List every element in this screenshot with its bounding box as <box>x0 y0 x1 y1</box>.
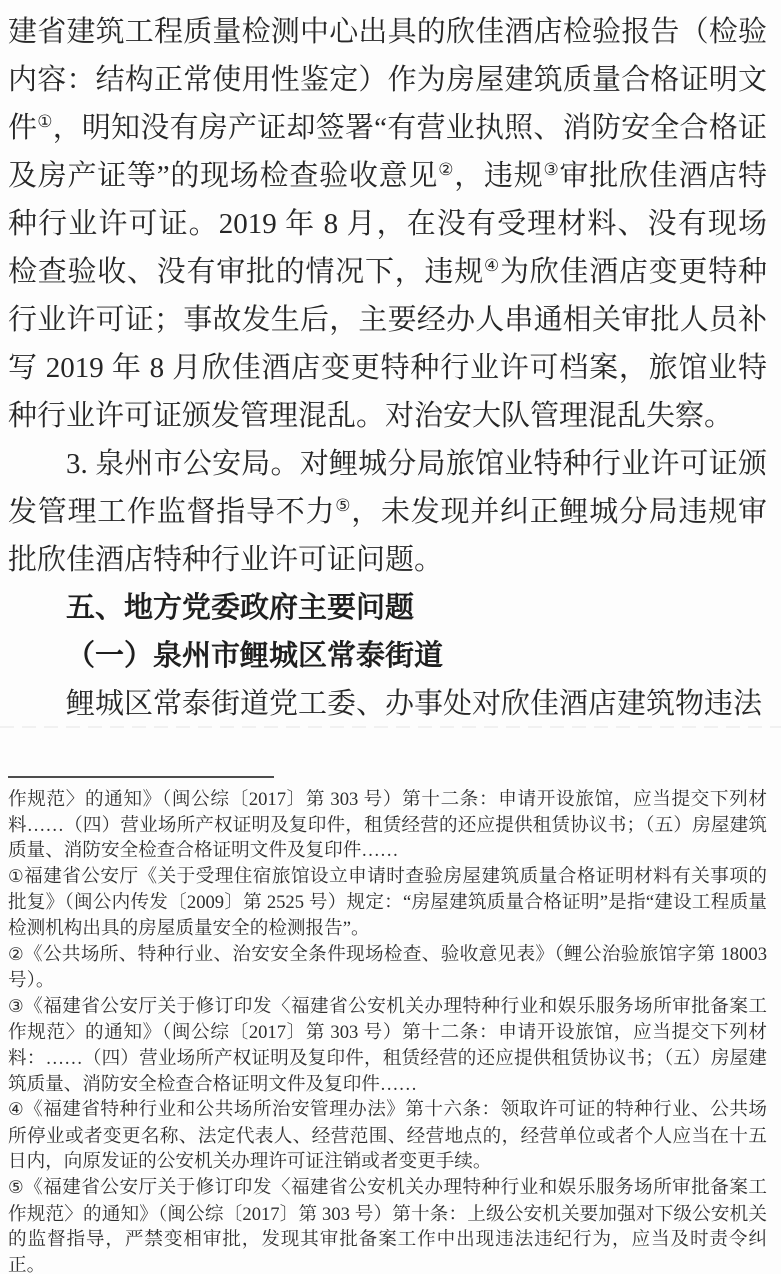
footnote-5: ⑤《福建省公安厅关于修订印发〈福建省公安机关办理特种行业和娱乐服务场所审批备案工… <box>8 1175 767 1274</box>
footnote-5-marker: ⑤ <box>8 1178 24 1198</box>
footnote-2-marker: ② <box>8 945 24 965</box>
section-heading-5: 五、地方党委政府主要问题 <box>8 584 767 632</box>
scan-artifact-line <box>0 726 781 728</box>
footnote-ref-3: ③ <box>543 160 559 180</box>
main-text-block: 建省建筑工程质量检测中心出具的欣佳酒店检验报告（检验内容：结构正常使用性鉴定）作… <box>8 8 767 728</box>
footnote-4: ④《福建省特种行业和公共场所治安管理办法》第十六条：领取许可证的特种行业、公共场… <box>8 1097 767 1175</box>
footnote-5-text: 《福建省公安厅关于修订印发〈福建省公安机关办理特种行业和娱乐服务场所审批备案工作… <box>8 1177 767 1274</box>
text-run: 五、地方党委政府主要问题 <box>66 592 414 624</box>
footnote-continuation-text: 作规范〉的通知》（闽公综〔2017〕第 303 号）第十二条：申请开设旅馆，应当… <box>8 789 767 861</box>
footnote-2: ②《公共场所、特种行业、治安安全条件现场检查、验收意见表》（鲤公治验旅馆字第 1… <box>8 942 767 994</box>
body-paragraph-last: 鲤城区常泰街道党工委、办事处对欣佳酒店建筑物违法 <box>8 680 767 728</box>
footnote-1: ①福建省公安厅《关于受理住宿旅馆设立申请时查验房屋建筑质量合格证明材料有关事项的… <box>8 864 767 942</box>
footnotes-block: 作规范〉的通知》（闽公综〔2017〕第 303 号）第十二条：申请开设旅馆，应当… <box>8 787 767 1274</box>
footnote-ref-5: ⑤ <box>335 496 351 516</box>
footnote-ref-4: ④ <box>484 256 500 276</box>
body-paragraph-continuation: 建省建筑工程质量检测中心出具的欣佳酒店检验报告（检验内容：结构正常使用性鉴定）作… <box>8 8 767 440</box>
footnote-1-text: 福建省公安厅《关于受理住宿旅馆设立申请时查验房屋建筑质量合格证明材料有关事项的批… <box>8 866 767 939</box>
footnote-continuation: 作规范〉的通知》（闽公综〔2017〕第 303 号）第十二条：申请开设旅馆，应当… <box>8 787 767 864</box>
footnote-ref-2: ② <box>438 160 454 180</box>
footnote-3-marker: ③ <box>8 997 24 1017</box>
body-paragraph-item-3: 3. 泉州市公安局。对鲤城分局旅馆业特种行业许可证颁发管理工作监督指导不力⑤，未… <box>8 440 767 584</box>
document-page: 建省建筑工程质量检测中心出具的欣佳酒店检验报告（检验内容：结构正常使用性鉴定）作… <box>0 0 781 1274</box>
footnote-divider <box>8 776 274 778</box>
subsection-heading-5-1: （一）泉州市鲤城区常泰街道 <box>8 632 767 680</box>
text-run: （一）泉州市鲤城区常泰街道 <box>66 640 443 672</box>
footnote-ref-1: ① <box>37 112 52 132</box>
footnote-2-text: 《公共场所、特种行业、治安安全条件现场检查、验收意见表》（鲤公治验旅馆字第 18… <box>8 944 767 992</box>
footnote-4-marker: ④ <box>8 1100 24 1120</box>
text-run: 鲤城区常泰街道党工委、办事处对欣佳酒店建筑物违法 <box>66 688 762 720</box>
footnote-4-text: 《福建省特种行业和公共场所治安管理办法》第十六条：领取许可证的特种行业、公共场所… <box>8 1099 767 1172</box>
text-run: ，违规 <box>454 160 543 192</box>
footnote-3: ③《福建省公安厅关于修订印发〈福建省公安机关办理特种行业和娱乐服务场所审批备案工… <box>8 994 767 1097</box>
footnote-1-marker: ① <box>8 867 24 887</box>
footnote-3-text: 《福建省公安厅关于修订印发〈福建省公安机关办理特种行业和娱乐服务场所审批备案工作… <box>8 996 767 1095</box>
